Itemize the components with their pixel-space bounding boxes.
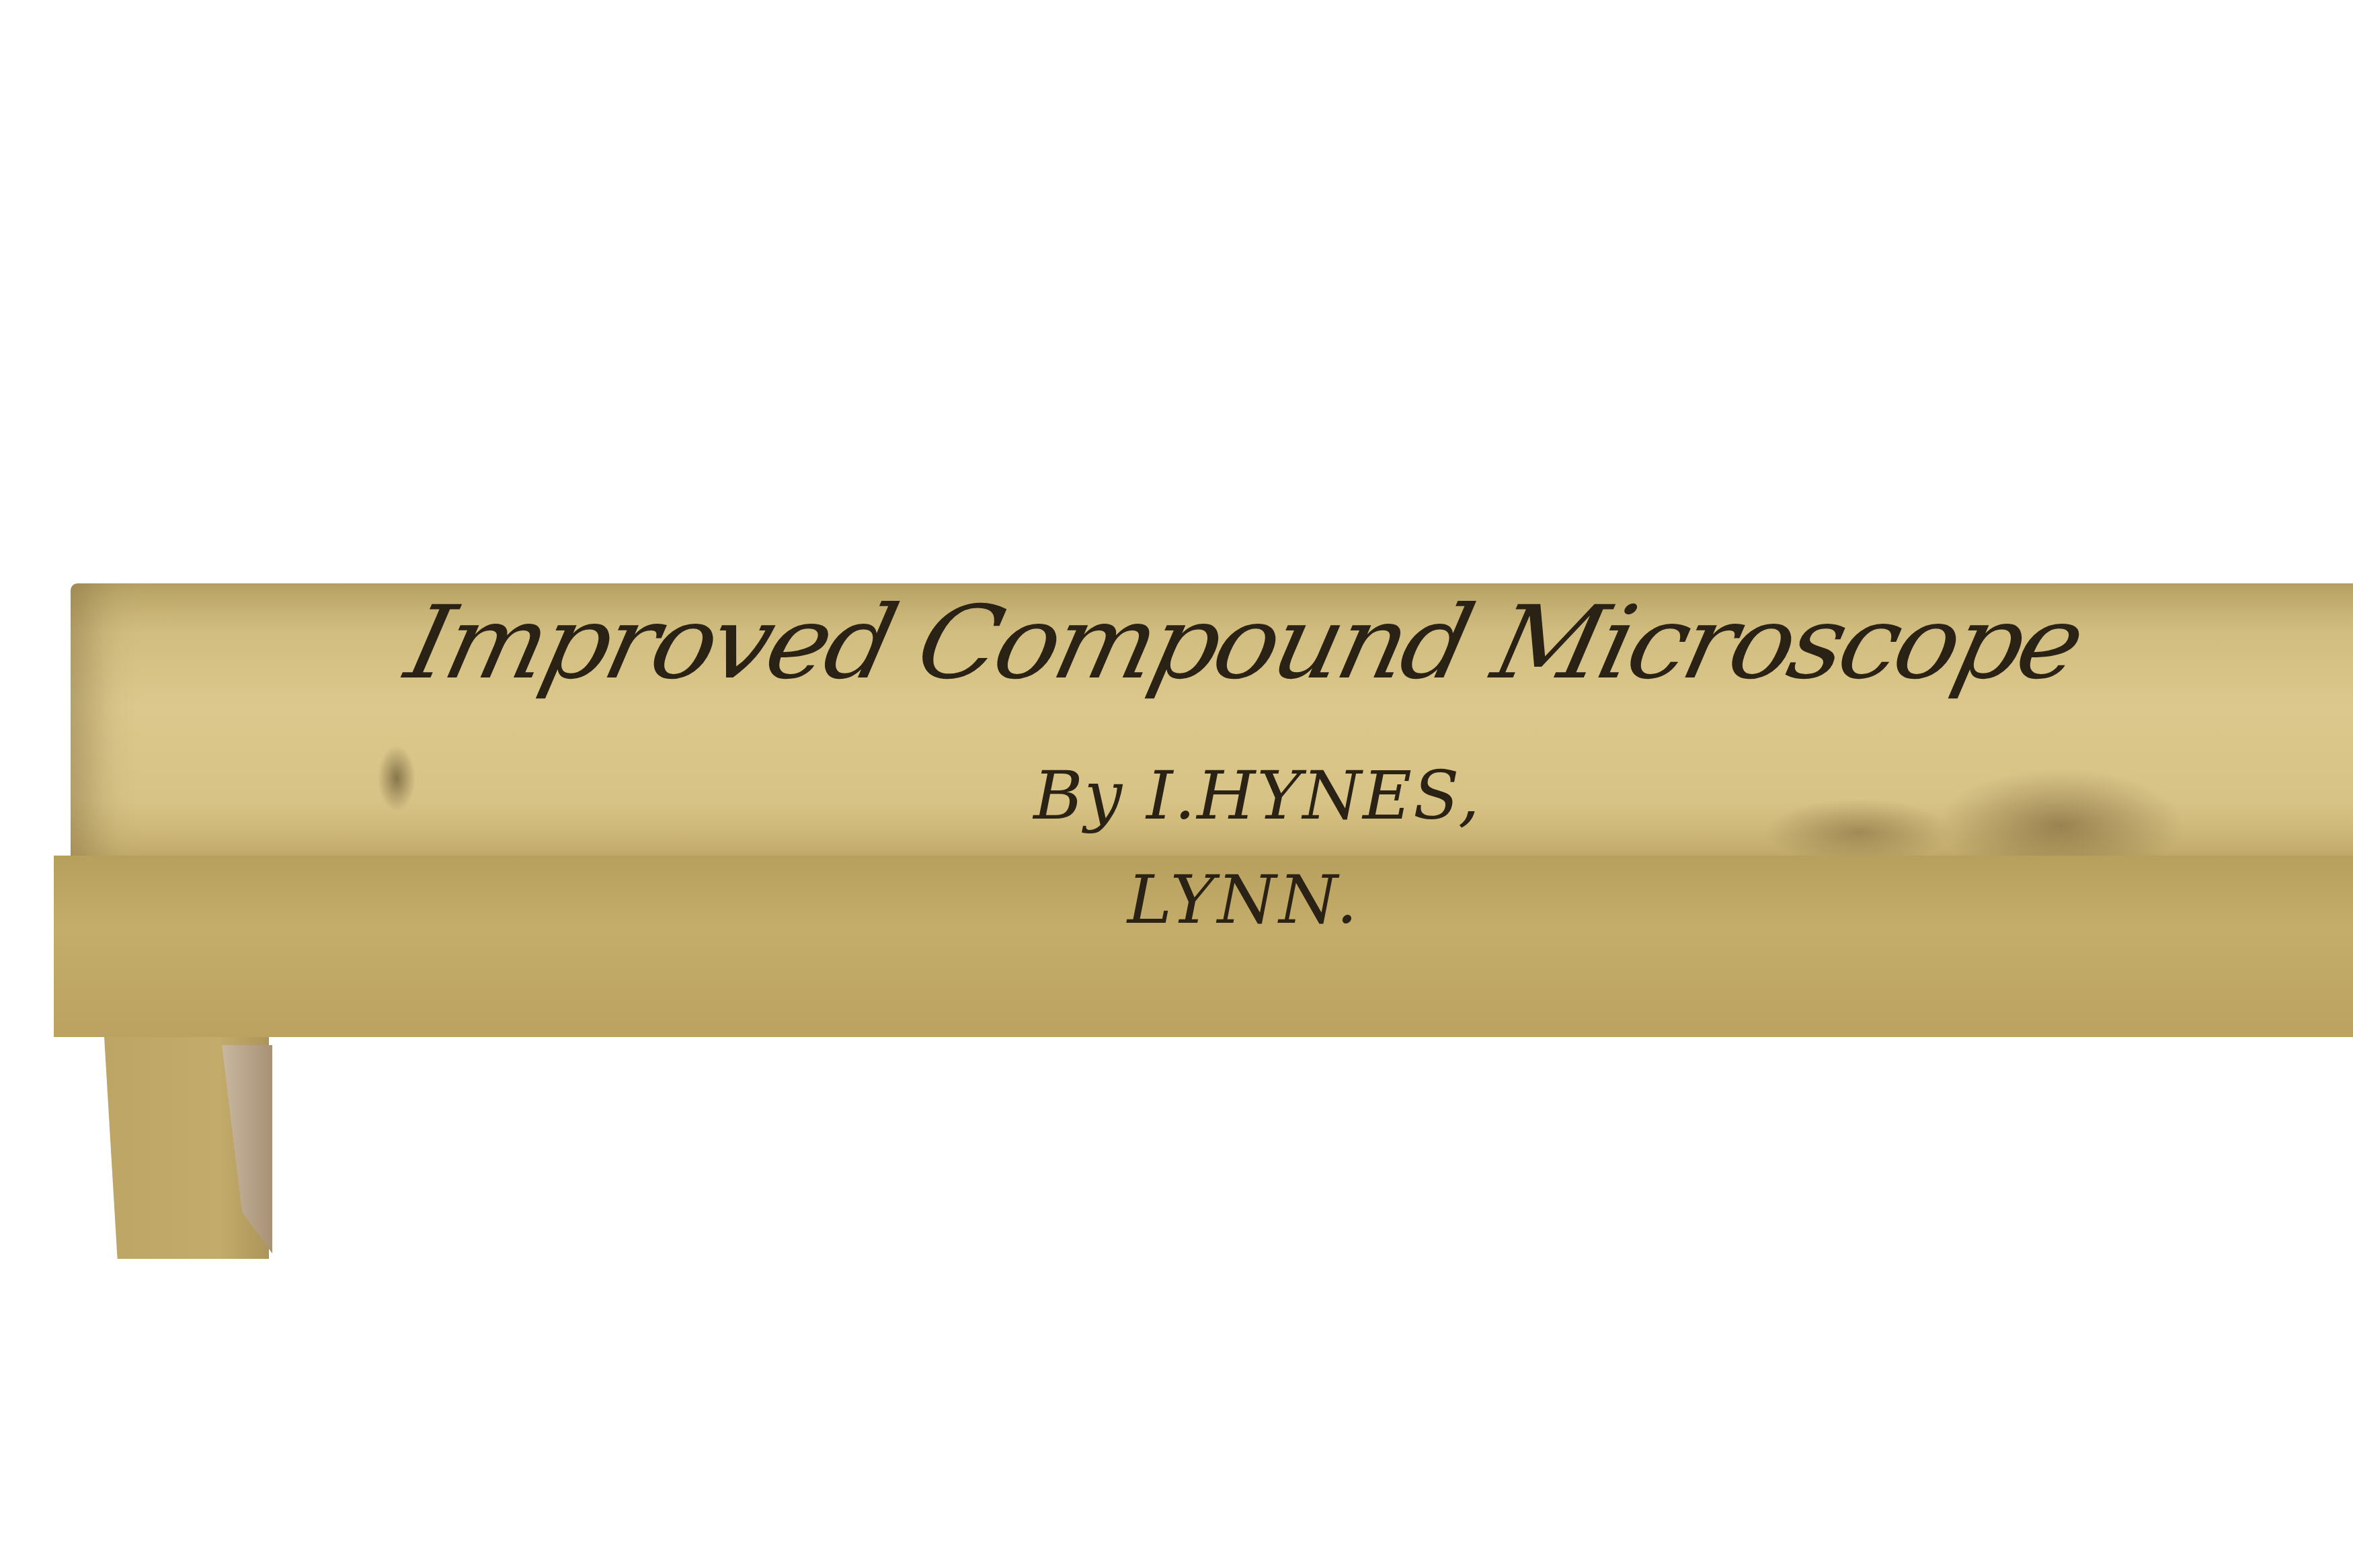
inscription-location: LYNN. — [1008, 860, 1479, 939]
inscription-title: Improved Compound Microscope — [313, 585, 2175, 702]
inscription-maker: By I.HYNES, — [921, 756, 1593, 835]
